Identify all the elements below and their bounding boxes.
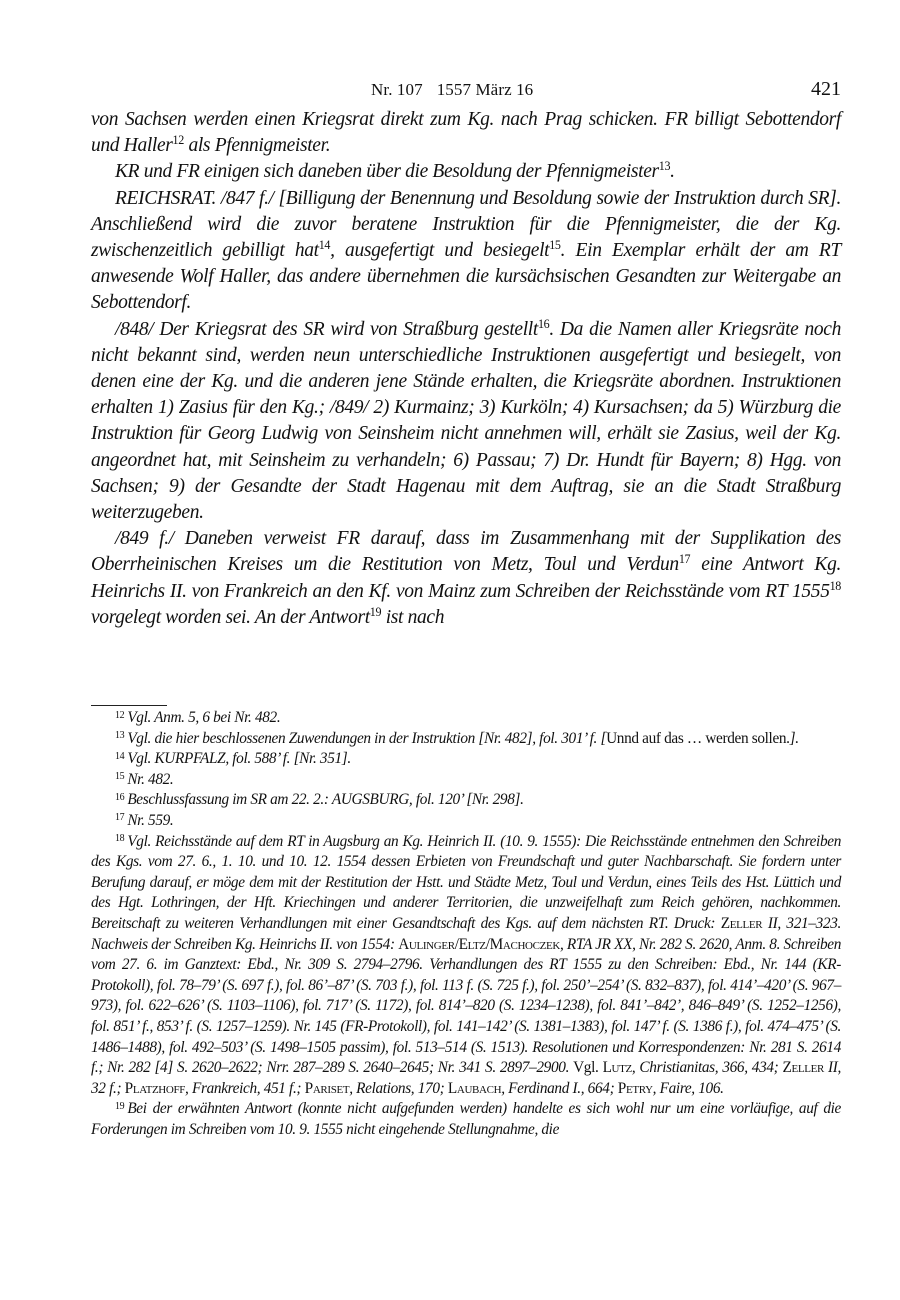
author-name: Zeller — [782, 1059, 823, 1076]
footnote-number: 16 — [115, 792, 124, 803]
footnote-ref-18[interactable]: 18 — [830, 578, 841, 592]
footnote-14: 14Vgl. KURPFALZ, fol. 588’ f. [Nr. 351]. — [91, 749, 841, 770]
quoted-source-text: Unnd auf das … werden sollen. — [606, 730, 790, 747]
footnote-text: Vgl. Anm. 5, 6 bei Nr. 482. — [127, 709, 280, 726]
text-run: KR und FR einigen sich daneben über die … — [115, 161, 659, 182]
author-name: Aulinger/Eltz/Machoczek — [398, 936, 560, 953]
running-title: Nr. 1071557 März 16 — [371, 80, 533, 100]
footnote-13: 13Vgl. die hier beschlossenen Zuwendunge… — [91, 729, 841, 750]
footnote-ref-19[interactable]: 19 — [370, 605, 381, 619]
footnote-number: 19 — [115, 1101, 124, 1112]
footnote-number: 17 — [115, 812, 124, 823]
paragraph-5: /849 f./ Daneben verweist FR darauf, das… — [91, 526, 841, 631]
paragraph-2: KR und FR einigen sich daneben über die … — [91, 159, 841, 185]
author-name: Lutz — [603, 1059, 632, 1076]
text-run: , ausgefertigt und besiegelt — [330, 240, 549, 261]
footnote-text: , Faire, 106. — [653, 1080, 724, 1097]
footnote-number: 15 — [115, 771, 124, 782]
footnote-number: 13 — [115, 730, 124, 741]
footnote-17: 17Nr. 559. — [91, 811, 841, 832]
author-name: Pariset — [305, 1080, 350, 1097]
author-name: Laubach — [448, 1080, 501, 1097]
footnote-text: , RTA JR XX, Nr. 282 S. 2620, Anm. 8. Sc… — [91, 936, 841, 1077]
footnote-text: Nr. 559. — [127, 812, 173, 829]
footnote-12: 12Vgl. Anm. 5, 6 bei Nr. 482. — [91, 708, 841, 729]
footnote-ref-16[interactable]: 16 — [538, 316, 549, 330]
text-run: als Pfennigmeister. — [184, 135, 330, 156]
main-text: von Sachsen werden einen Kriegsrat direk… — [91, 107, 841, 631]
footnote-16: 16Beschlussfassung im SR am 22. 2.: AUGS… — [91, 790, 841, 811]
footnote-text: , Frankreich, 451 f.; — [185, 1080, 305, 1097]
text-run: /848/ Der Kriegsrat des SR wird von Stra… — [115, 319, 538, 340]
footnote-15: 15Nr. 482. — [91, 770, 841, 791]
footnote-text: Vgl. die hier beschlossenen Zuwendungen … — [127, 730, 606, 747]
text-run: ist nach — [381, 607, 444, 628]
footnote-text: , Ferdinand I., 664; — [501, 1080, 618, 1097]
author-name: Platzhoff — [125, 1080, 185, 1097]
footnote-text: Bei der erwähnten Antwort (konnte nicht … — [91, 1100, 841, 1138]
page-number: 421 — [811, 78, 841, 101]
footnote-text: Beschlussfassung im SR am 22. 2.: AUGSBU… — [127, 791, 523, 808]
footnote-text: Nr. 482. — [127, 771, 173, 788]
paragraph-3: REICHSRAT. /847 f./ [Billigung der Benen… — [91, 186, 841, 317]
paragraph-4: /848/ Der Kriegsrat des SR wird von Stra… — [91, 317, 841, 527]
text-run: vorgelegt worden sei. An der Antwort — [91, 607, 370, 628]
footnote-number: 14 — [115, 751, 124, 762]
footnote-text: , Christianitas, 366, 434; — [632, 1059, 783, 1076]
text-run: . — [670, 161, 675, 182]
footnotes: 12Vgl. Anm. 5, 6 bei Nr. 482. 13Vgl. die… — [91, 708, 841, 1140]
footnote-ref-15[interactable]: 15 — [549, 238, 560, 252]
paragraph-1: von Sachsen werden einen Kriegsrat direk… — [91, 107, 841, 159]
footnote-text: Vgl. KURPFALZ, fol. 588’ f. [Nr. 351]. — [127, 750, 351, 767]
footnote-separator — [91, 705, 167, 706]
footnote-19: 19Bei der erwähnten Antwort (konnte nich… — [91, 1099, 841, 1140]
document-date: 1557 März 16 — [437, 80, 534, 99]
running-header: Nr. 1071557 März 16 421 — [91, 80, 841, 104]
document-number: Nr. 107 — [371, 80, 423, 99]
footnote-ref-12[interactable]: 12 — [173, 133, 184, 147]
footnote-text: ]. — [790, 730, 799, 747]
footnote-ref-14[interactable]: 14 — [319, 238, 330, 252]
footnote-number: 18 — [115, 833, 124, 844]
text-run: . Da die Namen aller Kriegsräte noch nic… — [91, 319, 841, 523]
footnote-ref-17[interactable]: 17 — [679, 552, 690, 566]
footnote-ref-13[interactable]: 13 — [659, 159, 670, 173]
footnote-text: , Relations, 170; — [349, 1080, 448, 1097]
footnote-18: 18Vgl. Reichsstände auf dem RT in Augsbu… — [91, 832, 841, 1100]
footnote-number: 12 — [115, 710, 124, 721]
footnote-text: Vgl. — [573, 1059, 598, 1076]
author-name: Petry — [618, 1080, 653, 1097]
author-name: Zeller — [721, 915, 762, 932]
